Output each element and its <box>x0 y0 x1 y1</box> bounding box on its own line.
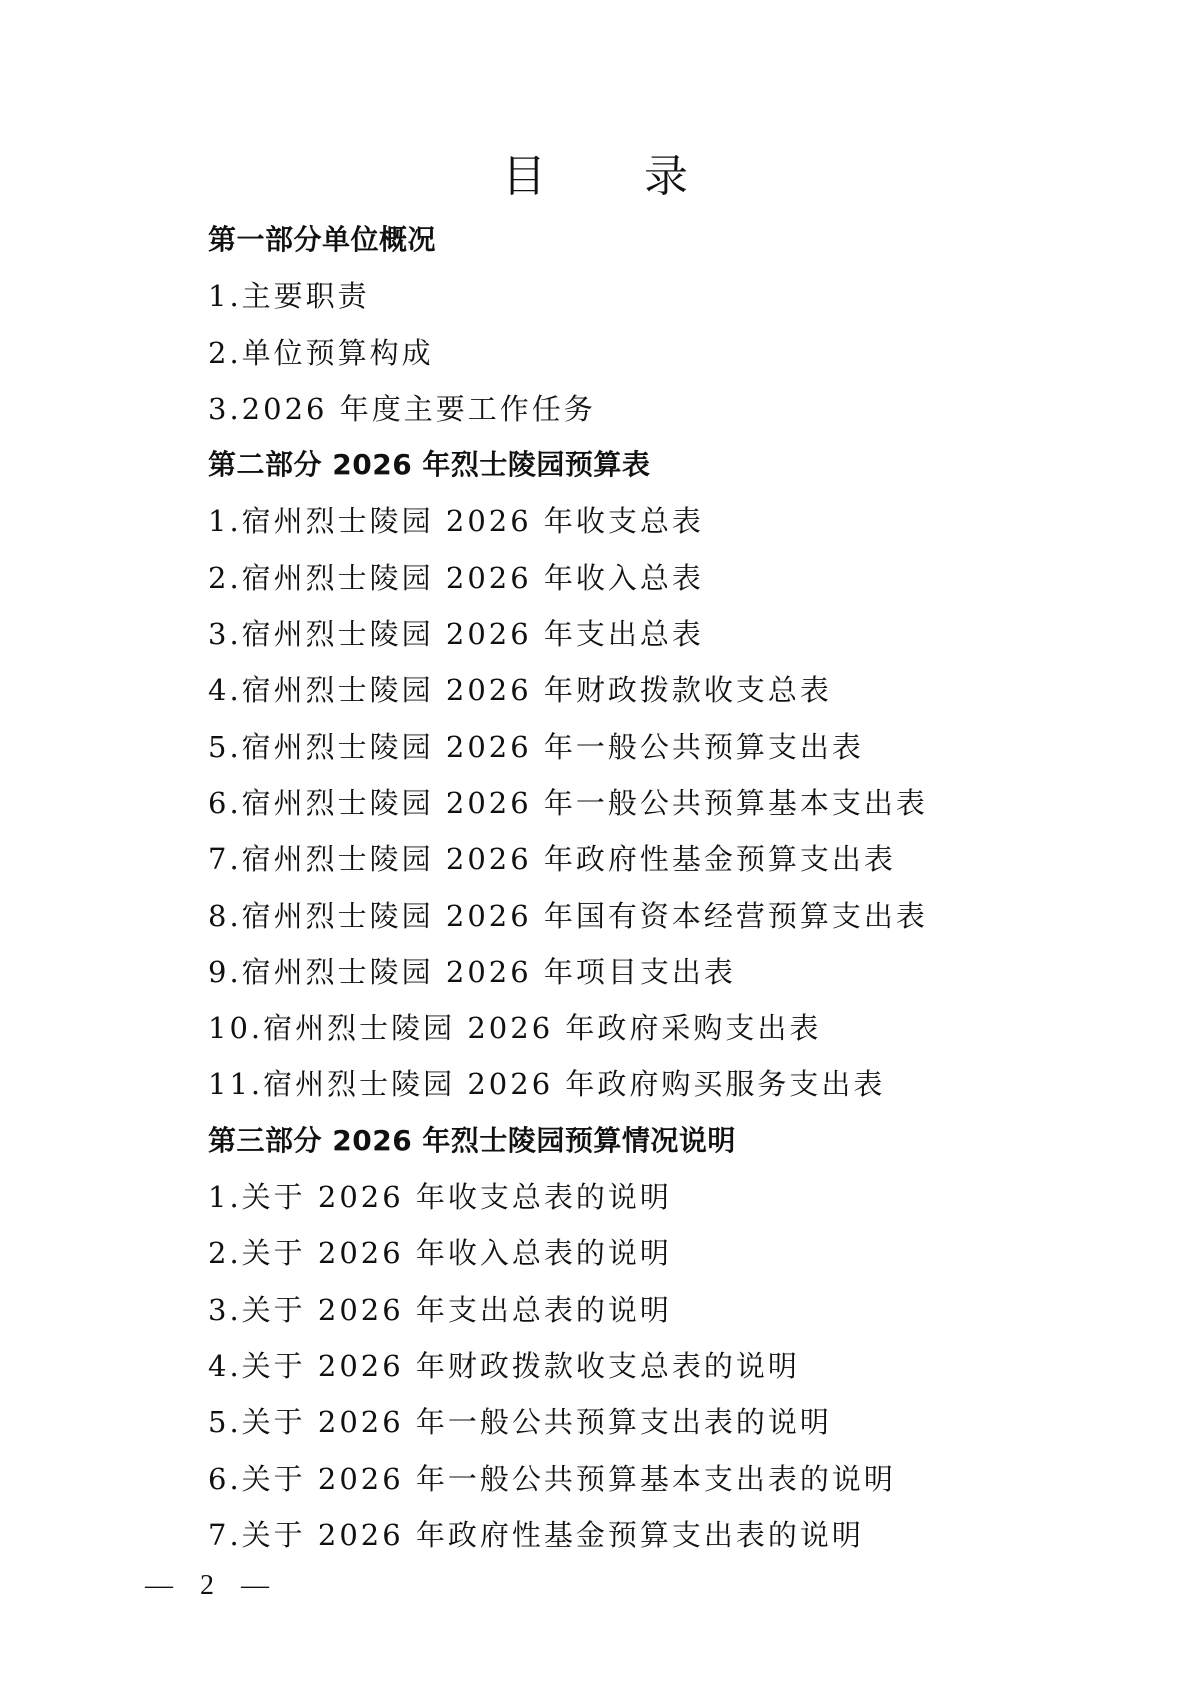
toc-item: 2.宿州烈士陵园 2026 年收入总表 <box>208 556 1108 612</box>
page-title: 目 录 <box>0 140 1190 204</box>
toc-item: 7.宿州烈士陵园 2026 年政府性基金预算支出表 <box>208 837 1108 893</box>
toc-item: 4.关于 2026 年财政拨款收支总表的说明 <box>208 1344 1108 1400</box>
toc-item: 10.宿州烈士陵园 2026 年政府采购支出表 <box>208 1006 1108 1062</box>
toc-item: 7.关于 2026 年政府性基金预算支出表的说明 <box>208 1513 1108 1569</box>
toc-item: 11.宿州烈士陵园 2026 年政府购买服务支出表 <box>208 1062 1108 1118</box>
toc-item: 9.宿州烈士陵园 2026 年项目支出表 <box>208 950 1108 1006</box>
toc-item: 8.宿州烈士陵园 2026 年国有资本经营预算支出表 <box>208 894 1108 950</box>
toc-item: 6.宿州烈士陵园 2026 年一般公共预算基本支出表 <box>208 781 1108 837</box>
table-of-contents: 第一部分单位概况 1.主要职责 2.单位预算构成 3.2026 年度主要工作任务… <box>208 218 1108 1569</box>
toc-section: 第一部分单位概况 <box>208 218 1108 274</box>
toc-item: 2.单位预算构成 <box>208 331 1108 387</box>
toc-item: 3.关于 2026 年支出总表的说明 <box>208 1288 1108 1344</box>
toc-item: 3.2026 年度主要工作任务 <box>208 387 1108 443</box>
toc-item: 5.关于 2026 年一般公共预算支出表的说明 <box>208 1400 1108 1456</box>
toc-section: 第三部分 2026 年烈士陵园预算情况说明 <box>208 1119 1108 1175</box>
toc-item: 4.宿州烈士陵园 2026 年财政拨款收支总表 <box>208 668 1108 724</box>
toc-item: 5.宿州烈士陵园 2026 年一般公共预算支出表 <box>208 725 1108 781</box>
page-number: — 2 — <box>145 1570 279 1602</box>
toc-item: 1.关于 2026 年收支总表的说明 <box>208 1175 1108 1231</box>
toc-section: 第二部分 2026 年烈士陵园预算表 <box>208 443 1108 499</box>
toc-item: 1.宿州烈士陵园 2026 年收支总表 <box>208 499 1108 555</box>
toc-item: 2.关于 2026 年收入总表的说明 <box>208 1231 1108 1287</box>
toc-item: 3.宿州烈士陵园 2026 年支出总表 <box>208 612 1108 668</box>
toc-item: 6.关于 2026 年一般公共预算基本支出表的说明 <box>208 1457 1108 1513</box>
toc-item: 1.主要职责 <box>208 274 1108 330</box>
